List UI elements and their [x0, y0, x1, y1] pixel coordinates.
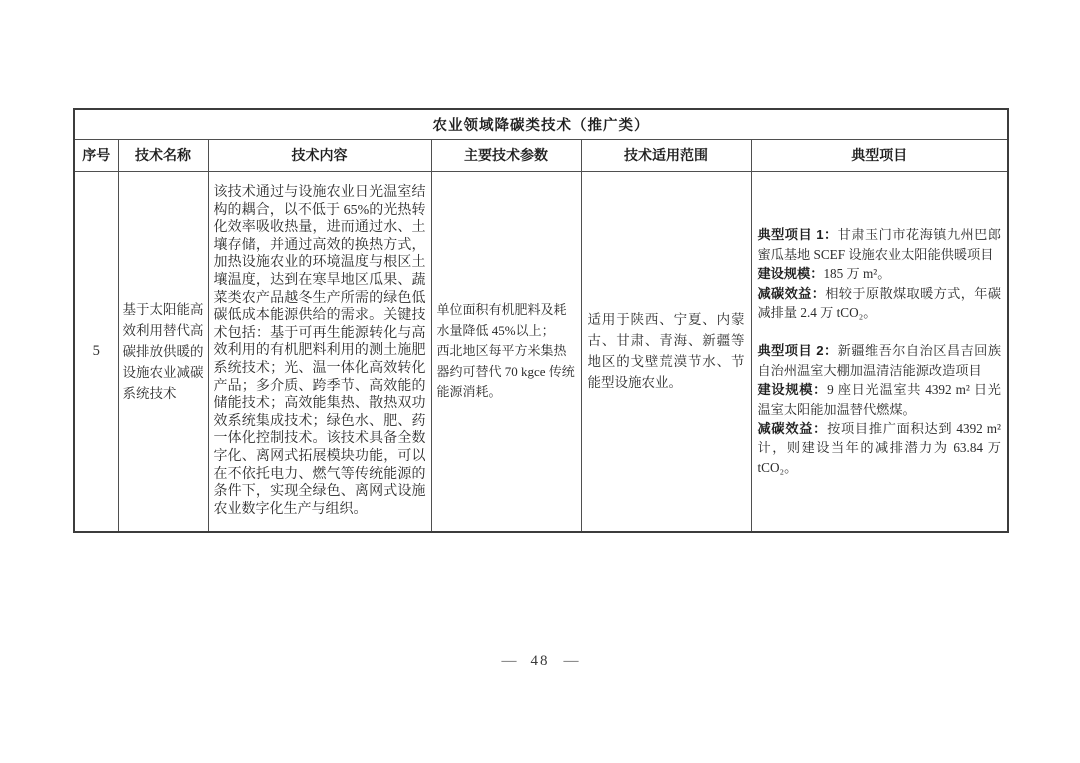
column-header-applicable-scope: 技术适用范围 — [581, 139, 751, 171]
project-benefit-line: 减碳效益：按项目推广面积达到 4392 m² 计，则建设当年的减排潜力为 63.… — [758, 419, 1002, 477]
table-title-row: 农业领域降碳类技术（推广类） — [74, 109, 1008, 139]
project-scale-label: 建设规模： — [758, 266, 824, 281]
project-scale-line: 建设规模：185 万 m²。 — [758, 264, 1002, 283]
project-benefit-line: 减碳效益：相较于原散煤取暖方式，年碳减排量 2.4 万 tCO₂。 — [758, 284, 1002, 323]
parameter-line: 西北地区每平方米集热器约可替代 70 kgce 传统能源消耗。 — [437, 341, 576, 403]
project-title-line: 典型项目 1：甘肃玉门市花海镇九州巴郎蜜瓜基地 SCEF 设施农业太阳能供暖项目 — [758, 225, 1002, 264]
cell-typical-projects: 典型项目 1：甘肃玉门市花海镇九州巴郎蜜瓜基地 SCEF 设施农业太阳能供暖项目… — [751, 171, 1008, 532]
column-header-tech-name: 技术名称 — [118, 139, 208, 171]
project-block-2: 典型项目 2：新疆维吾尔自治区昌吉回族自治州温室大棚加温清洁能源改造项目 建设规… — [758, 341, 1002, 477]
project-scale-line: 建设规模：9 座日光温室共 4392 m² 日光温室太阳能加温替代燃煤。 — [758, 380, 1002, 419]
project-title-label: 典型项目 1： — [758, 227, 838, 242]
project-block-1: 典型项目 1：甘肃玉门市花海镇九州巴郎蜜瓜基地 SCEF 设施农业太阳能供暖项目… — [758, 225, 1002, 322]
technology-table: 农业领域降碳类技术（推广类） 序号 技术名称 技术内容 主要技术参数 技术适用范… — [73, 108, 1009, 533]
table-row: 5 基于太阳能高效利用替代高碳排放供暖的设施农业减碳系统技术 该技术通过与设施农… — [74, 171, 1008, 532]
cell-serial-number: 5 — [74, 171, 118, 532]
project-title-line: 典型项目 2：新疆维吾尔自治区昌吉回族自治州温室大棚加温清洁能源改造项目 — [758, 341, 1002, 380]
cell-applicable-scope: 适用于陕西、宁夏、内蒙古、甘肃、青海、新疆等地区的戈壁荒漠节水、节能型设施农业。 — [581, 171, 751, 532]
cell-technology-name: 基于太阳能高效利用替代高碳排放供暖的设施农业减碳系统技术 — [118, 171, 208, 532]
project-benefit-label: 减碳效益： — [758, 421, 828, 436]
page-number-dash-left: — — [502, 653, 517, 669]
column-header-main-parameters: 主要技术参数 — [431, 139, 581, 171]
page-number-dash-right: — — [564, 653, 579, 669]
table-header-row: 序号 技术名称 技术内容 主要技术参数 技术适用范围 典型项目 — [74, 139, 1008, 171]
table-title: 农业领域降碳类技术（推广类） — [74, 109, 1008, 139]
page-number: —48— — [0, 653, 1080, 670]
project-scale-text: 185 万 m²。 — [823, 266, 890, 281]
cell-main-parameters: 单位面积有机肥料及耗水量降低 45%以上； 西北地区每平方米集热器约可替代 70… — [431, 171, 581, 532]
document-page: 农业领域降碳类技术（推广类） 序号 技术名称 技术内容 主要技术参数 技术适用范… — [0, 0, 1080, 763]
parameter-line: 单位面积有机肥料及耗水量降低 45%以上； — [437, 300, 576, 341]
project-benefit-label: 减碳效益： — [758, 286, 826, 301]
column-header-tech-content: 技术内容 — [208, 139, 431, 171]
page-number-value: 48 — [531, 653, 550, 669]
project-title-label: 典型项目 2： — [758, 343, 838, 358]
cell-technology-content: 该技术通过与设施农业日光温室结构的耦合，以不低于 65%的光热转化效率吸收热量，… — [208, 171, 431, 532]
column-header-index: 序号 — [74, 139, 118, 171]
column-header-typical-projects: 典型项目 — [751, 139, 1008, 171]
project-scale-label: 建设规模： — [758, 382, 828, 397]
